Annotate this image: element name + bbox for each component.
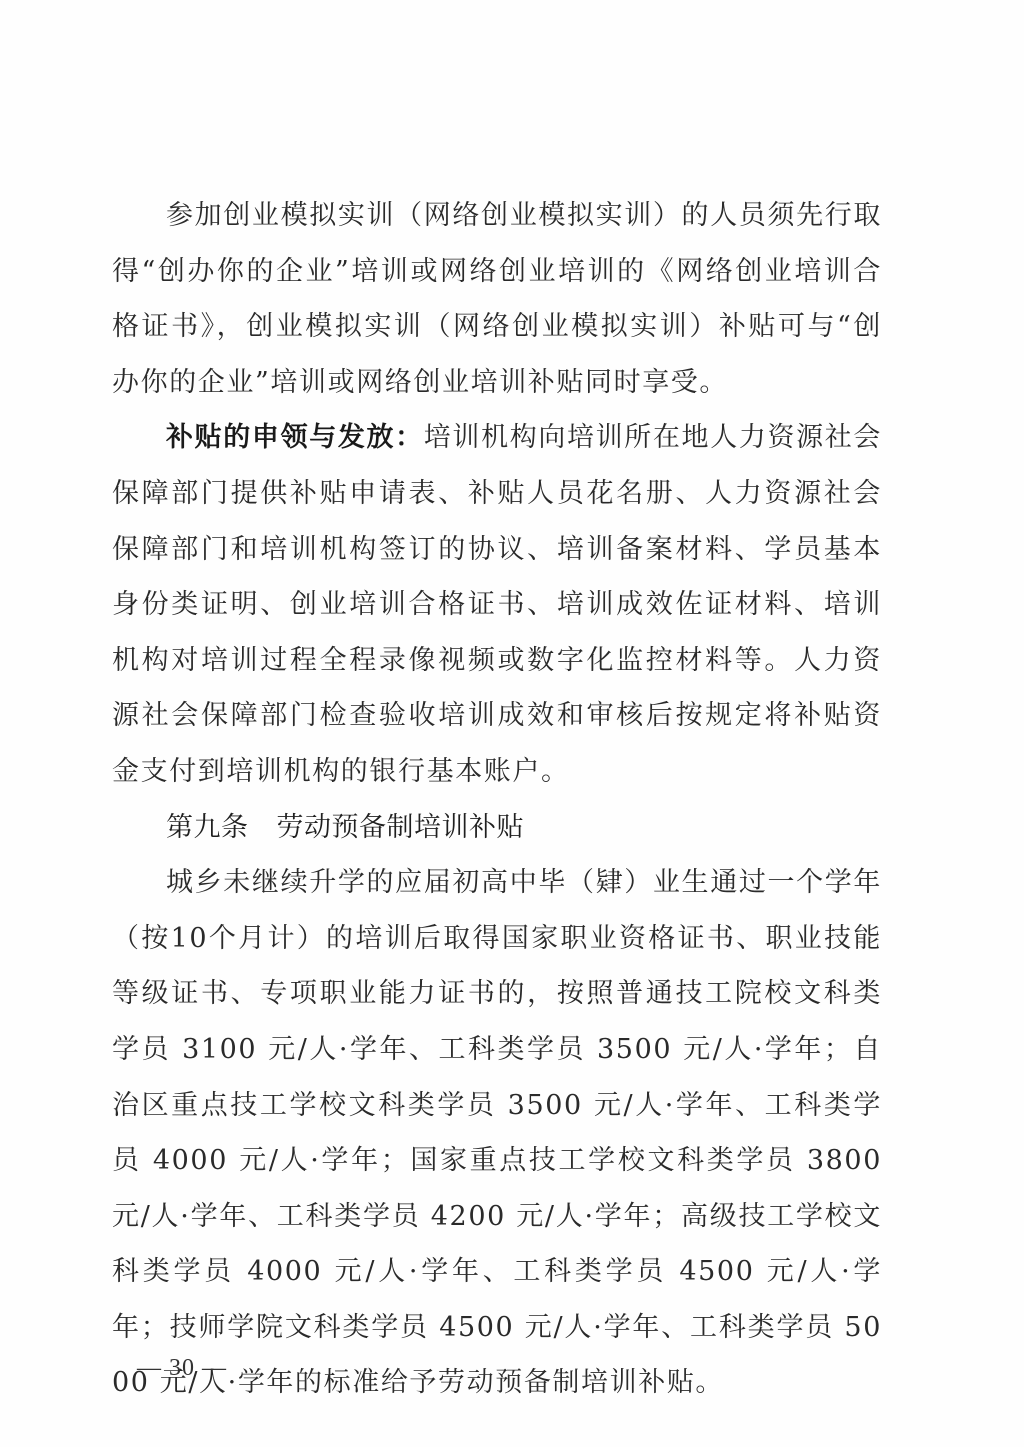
article-heading: 第九条劳动预备制培训补贴 <box>112 800 882 856</box>
document-page: 参加创业模拟实训（网络创业模拟实训）的人员须先行取得“创办你的企业”培训或网络创… <box>0 0 1024 1447</box>
paragraph-text: 培训机构向培训所在地人力资源社会保障部门提供补贴申请表、补贴人员花名册、人力资源… <box>112 422 882 787</box>
paragraph-subsidy-application: 补贴的申领与发放：培训机构向培训所在地人力资源社会保障部门提供补贴申请表、补贴人… <box>112 410 882 799</box>
paragraph-lead: 补贴的申领与发放： <box>166 422 424 453</box>
paragraph-simulation-training: 参加创业模拟实训（网络创业模拟实训）的人员须先行取得“创办你的企业”培训或网络创… <box>112 188 882 410</box>
body-text: 参加创业模拟实训（网络创业模拟实训）的人员须先行取得“创办你的企业”培训或网络创… <box>112 188 882 1411</box>
paragraph-text: 城乡未继续升学的应届初高中毕（肄）业生通过一个学年（按10个月计）的培训后取得国… <box>112 867 882 1398</box>
article-number: 第九条 <box>166 812 249 843</box>
paragraph-text: 参加创业模拟实训（网络创业模拟实训）的人员须先行取得“创办你的企业”培训或网络创… <box>112 200 882 398</box>
page-number: — 30 — <box>137 1355 227 1382</box>
paragraph-article-body: 城乡未继续升学的应届初高中毕（肄）业生通过一个学年（按10个月计）的培训后取得国… <box>112 855 882 1411</box>
article-title: 劳动预备制培训补贴 <box>277 812 525 843</box>
